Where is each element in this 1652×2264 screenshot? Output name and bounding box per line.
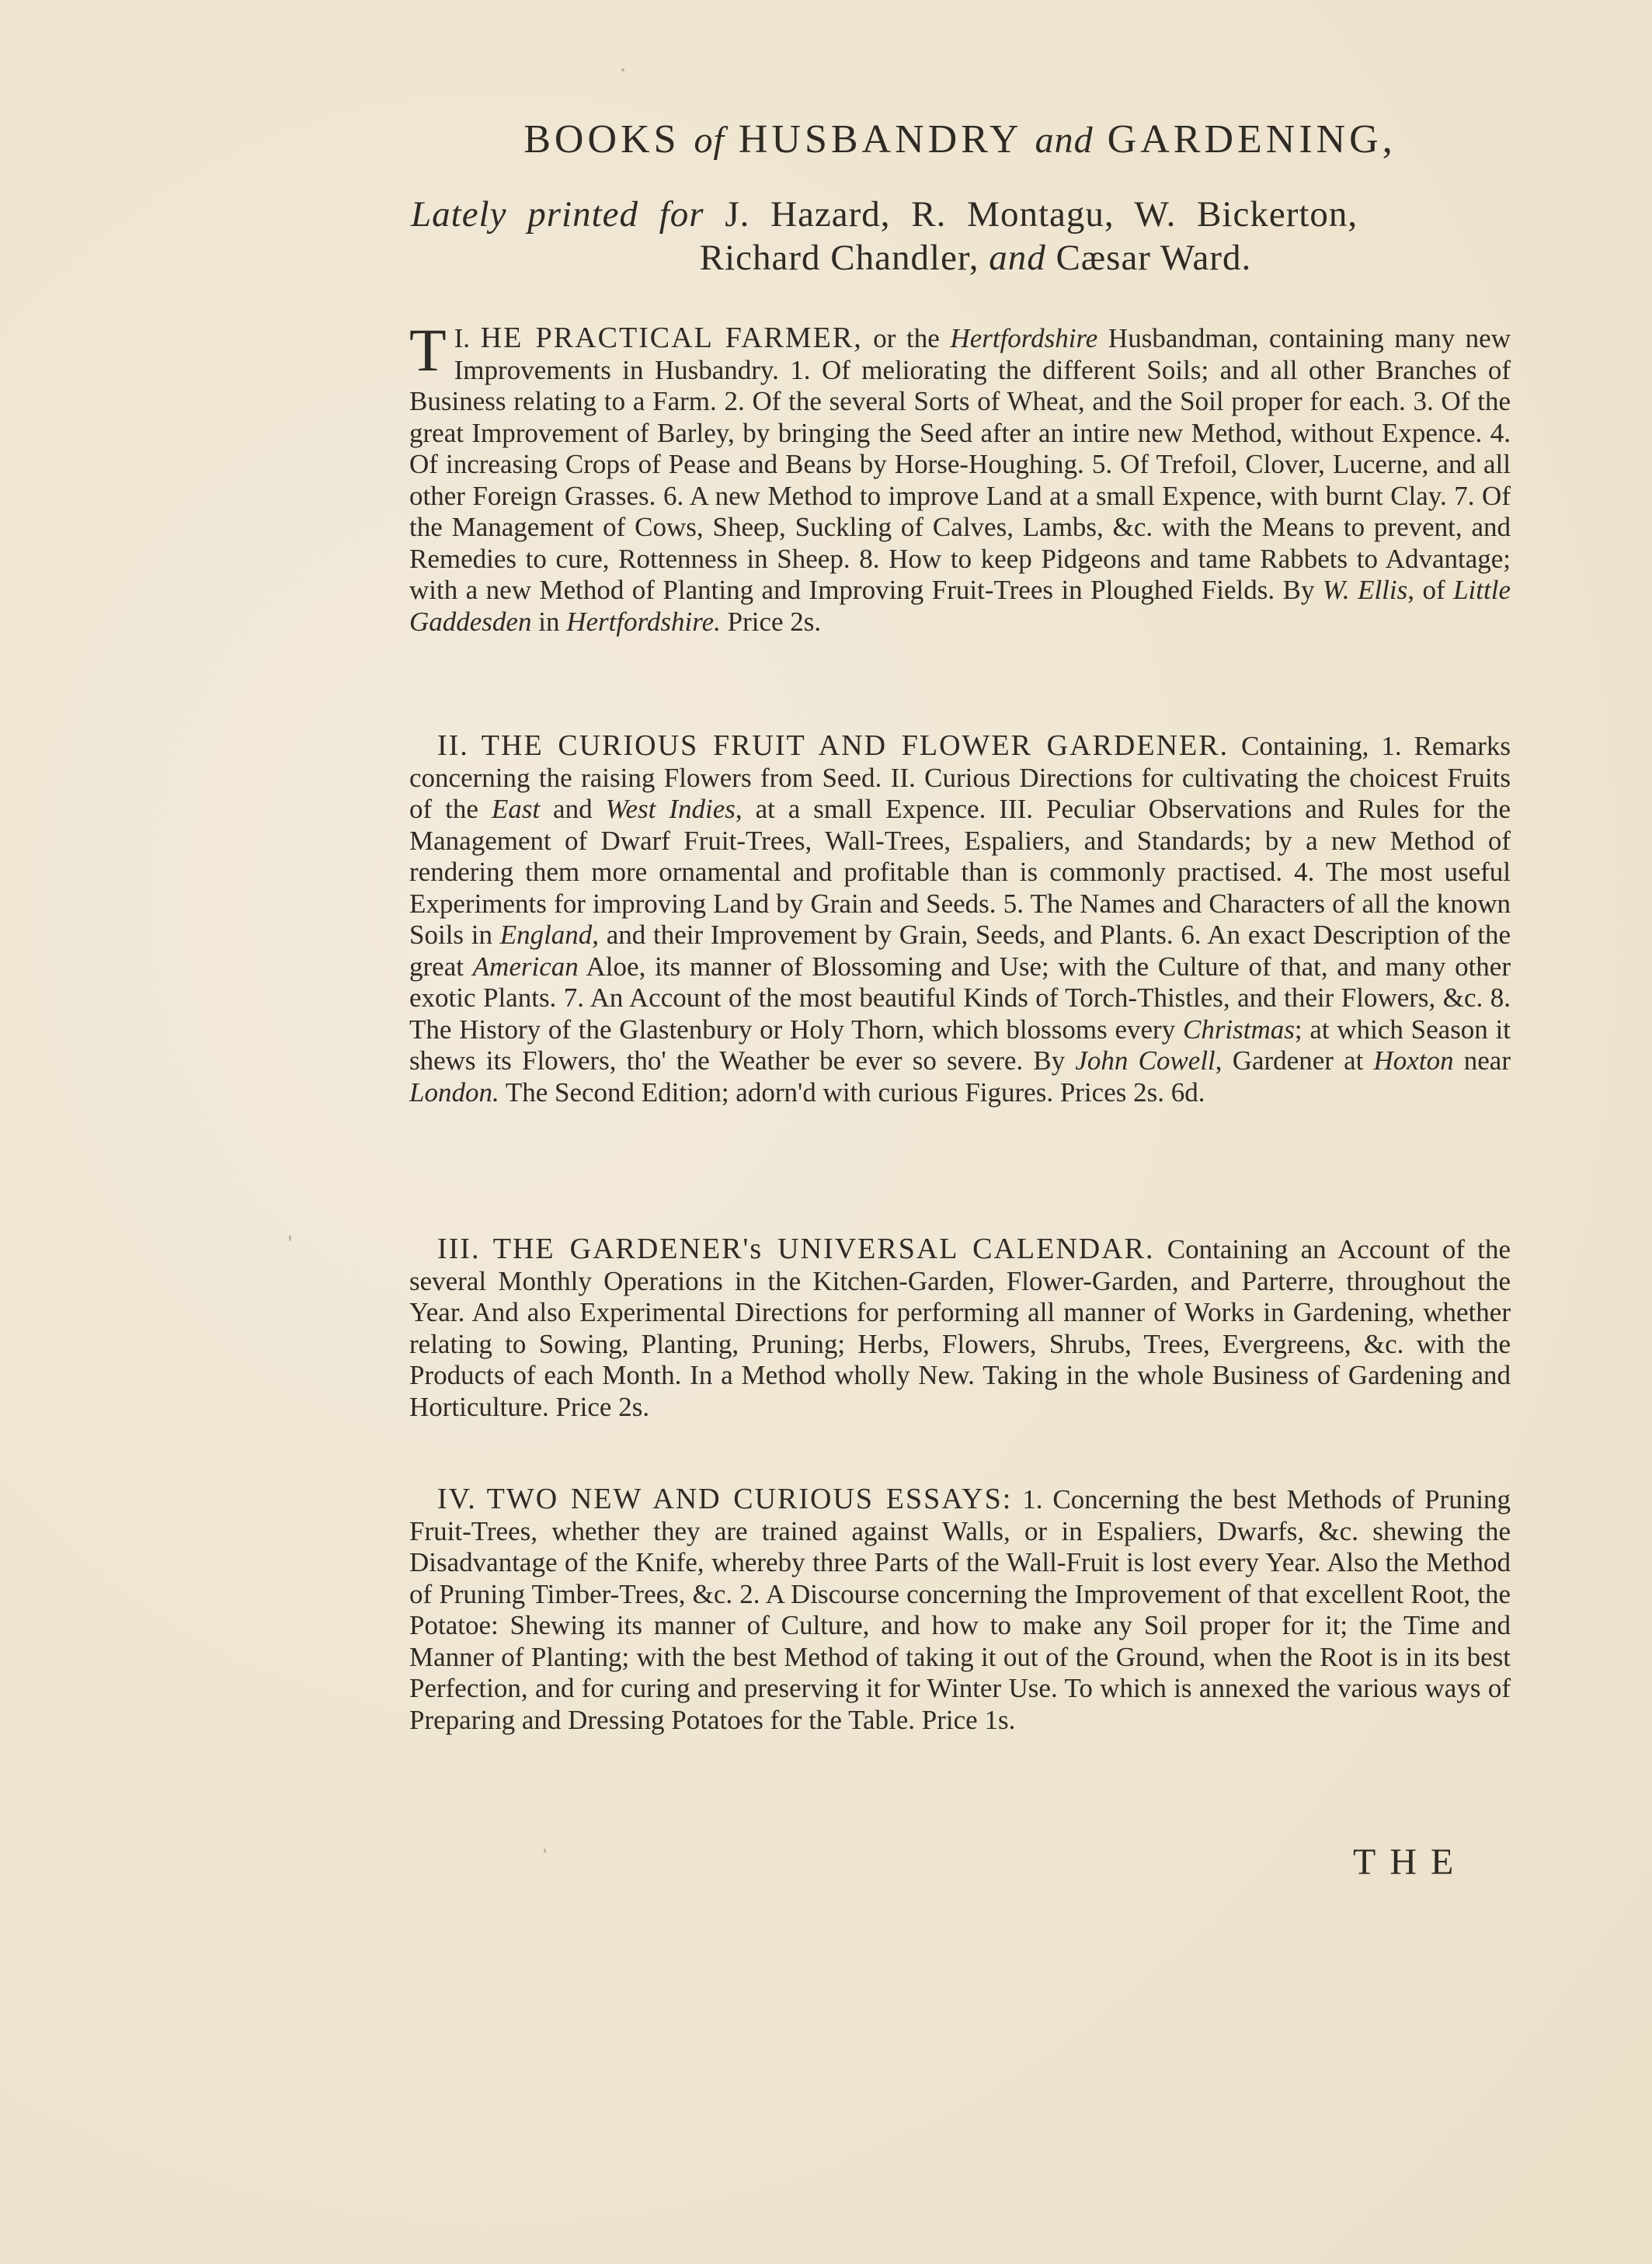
entry-price: The Second Edition; adorn'd with curious…	[499, 1077, 1205, 1108]
entry-text: or the	[863, 323, 951, 353]
entry-heading: THE GARDENER's UNIVERSAL CALENDAR.	[493, 1233, 1155, 1265]
imprint-lately-printed: Lately printed for	[411, 194, 704, 235]
entry-italic: Hertfordshire	[950, 323, 1097, 353]
entry-paragraph: III. THE GARDENER's UNIVERSAL CALENDAR. …	[409, 1233, 1511, 1423]
entry-text: , Gardener at	[1216, 1045, 1374, 1076]
entry-text: 1. Concerning the best Methods of Prunin…	[409, 1484, 1511, 1735]
catchword: THE	[1353, 1841, 1467, 1883]
entry-price: Price 2s.	[721, 607, 821, 637]
entry-numeral: III.	[437, 1233, 480, 1265]
paper-speck	[289, 1235, 291, 1241]
paper-speck	[621, 68, 624, 71]
title-gardening: GARDENING,	[1108, 117, 1396, 162]
entry-gardeners-calendar: III. THE GARDENER's UNIVERSAL CALENDAR. …	[409, 1233, 1511, 1423]
entry-text: Husbandman, containing many new Improvem…	[409, 323, 1511, 605]
title-and: and	[1035, 120, 1094, 161]
imprint-publisher-ward: Cæsar Ward.	[1056, 238, 1251, 278]
entry-italic: Hoxton	[1374, 1045, 1454, 1076]
entry-paragraph: II. THE CURIOUS FRUIT AND FLOWER GARDENE…	[409, 730, 1511, 1108]
entry-heading: HE PRACTICAL FARMER,	[481, 322, 863, 354]
entry-heading: THE CURIOUS FRUIT AND FLOWER GARDENER.	[482, 729, 1229, 762]
imprint-publishers-1: J. Hazard, R. Montagu, W. Bickerton,	[725, 194, 1358, 235]
imprint-and: and	[989, 238, 1046, 278]
entry-paragraph: I. THE PRACTICAL FARMER, or the Hertford…	[409, 322, 1511, 638]
entry-numeral: II.	[437, 729, 469, 762]
entry-heading: TWO NEW AND CURIOUS ESSAYS:	[487, 1483, 1013, 1515]
entry-italic: Christmas	[1183, 1014, 1295, 1045]
entry-italic: London.	[409, 1077, 499, 1108]
entry-italic: West Indies	[606, 794, 736, 824]
entry-numeral: IV.	[437, 1483, 477, 1515]
entry-text: near	[1454, 1045, 1511, 1076]
entry-practical-farmer: I. THE PRACTICAL FARMER, or the Hertford…	[409, 322, 1511, 638]
entry-italic: Hertfordshire.	[566, 607, 721, 637]
entry-paragraph: IV. TWO NEW AND CURIOUS ESSAYS: 1. Conce…	[409, 1483, 1511, 1736]
entry-italic: England	[500, 920, 593, 950]
imprint-line-2: Richard Chandler, and Cæsar Ward.	[409, 236, 1511, 280]
entry-numeral: I.	[454, 323, 470, 353]
imprint-line-1: Lately printed for J. Hazard, R. Montagu…	[409, 193, 1511, 236]
entry-text: and	[540, 794, 605, 824]
entry-text: in	[531, 607, 566, 637]
entry-author: John Cowell	[1075, 1045, 1215, 1076]
title-books: BOOKS	[523, 117, 680, 162]
drop-cap: T	[409, 327, 447, 374]
paper-speck	[544, 1848, 546, 1853]
imprint: Lately printed for J. Hazard, R. Montagu…	[409, 193, 1511, 280]
entry-italic: East	[492, 794, 540, 824]
title-of: of	[694, 120, 725, 161]
title-husbandry: HUSBANDRY	[739, 117, 1021, 162]
entry-author: W. Ellis	[1323, 575, 1407, 605]
entry-italic: American	[473, 951, 579, 982]
imprint-publisher-chandler: Richard Chandler,	[700, 238, 979, 278]
entry-curious-gardener: II. THE CURIOUS FRUIT AND FLOWER GARDENE…	[409, 730, 1511, 1108]
entry-text: , of	[1407, 575, 1453, 605]
entry-two-essays: IV. TWO NEW AND CURIOUS ESSAYS: 1. Conce…	[409, 1483, 1511, 1736]
page-title: BOOKS of HUSBANDRY and GARDENING,	[409, 117, 1511, 162]
